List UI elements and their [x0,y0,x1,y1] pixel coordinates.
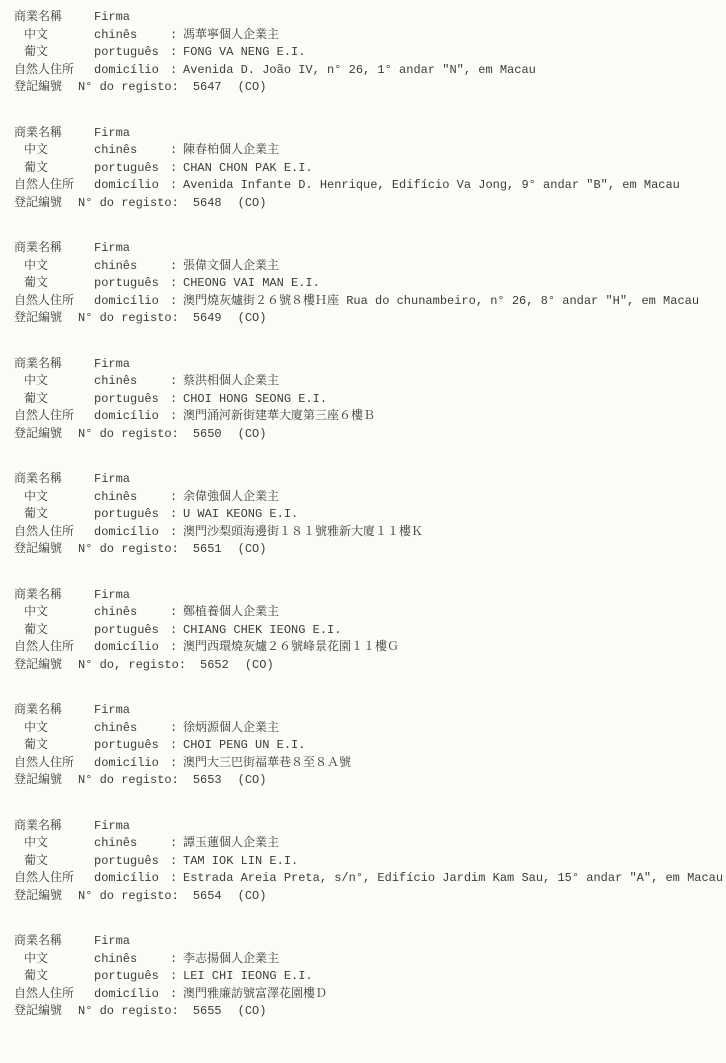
portuguese-label-zh: 葡文 [14,160,94,178]
colon-separator: : [170,62,183,80]
chinese-label-pt: chinês [94,835,170,853]
registry-label-pt: N° do registo: [78,889,179,903]
chinese-name-value: 鄭植養個人企業主 [183,605,279,619]
registry-label-zh: 登記編號 [14,772,78,790]
business-name-row: 商業名稱Firma [14,933,726,951]
chinese-label-pt: chinês [94,951,170,969]
colon-separator: : [170,720,183,738]
portuguese-label-zh: 葡文 [14,622,94,640]
colon-separator: : [170,951,183,969]
domicile-label-zh: 自然人住所 [14,870,94,888]
domicile-label-zh: 自然人住所 [14,177,94,195]
domicile-label-zh: 自然人住所 [14,408,94,426]
registry-label-zh: 登記編號 [14,888,78,906]
registry-label-zh: 登記編號 [14,195,78,213]
registry-entry: 商業名稱Firma 中文chinês:余偉強個人企業主 葡文português:… [14,471,726,559]
domicile-value: Estrada Areia Preta, s/n°, Edifício Jard… [183,871,723,885]
portuguese-label-zh: 葡文 [14,275,94,293]
registry-co-suffix: (CO) [238,196,267,210]
registry-entry: 商業名稱Firma 中文chinês:譚玉蓮個人企業主 葡文português:… [14,818,726,906]
colon-separator: : [170,160,183,178]
chinese-label-pt: chinês [94,489,170,507]
registry-number-row: 登記編號N° do registo:5648(CO) [14,195,726,213]
domicile-row: 自然人住所domicílio:澳門涌河新街建華大廈第三座６樓Ｂ [14,408,726,426]
chinese-name-row: 中文chinês:蔡洪相個人企業主 [14,373,726,391]
colon-separator: : [170,177,183,195]
registry-label-pt: N° do registo: [78,773,179,787]
registry-label-zh: 登記編號 [14,426,78,444]
chinese-name-value: 馮華寧個人企業主 [183,28,279,42]
colon-separator: : [170,639,183,657]
portuguese-label-zh: 葡文 [14,506,94,524]
registry-number-row: 登記編號N° do registo:5653(CO) [14,772,726,790]
registry-co-suffix: (CO) [238,889,267,903]
domicile-label-zh: 自然人住所 [14,639,94,657]
domicile-row: 自然人住所domicílio:澳門西環燒灰爐２６號峰景花園１１樓Ｇ [14,639,726,657]
registry-entry: 商業名稱Firma 中文chinês:李志揚個人企業主 葡文português:… [14,933,726,1021]
domicile-label-zh: 自然人住所 [14,62,94,80]
colon-separator: : [170,27,183,45]
portuguese-label-pt: português [94,968,170,986]
portuguese-label-pt: português [94,275,170,293]
domicile-row: 自然人住所domicílio:Avenida D. João IV, n° 26… [14,62,726,80]
domicile-row: 自然人住所domicílio:澳門沙梨頭海邊街１８１號雅新大廈１１樓Ｋ [14,524,726,542]
domicile-label-zh: 自然人住所 [14,524,94,542]
portuguese-name-value: CHOI HONG SEONG E.I. [183,392,327,406]
registry-number-value: 5647 [193,80,222,94]
domicile-label-pt: domicílio [94,755,170,773]
chinese-name-value: 余偉強個人企業主 [183,490,279,504]
registry-entry: 商業名稱Firma 中文chinês:蔡洪相個人企業主 葡文português:… [14,356,726,444]
registry-number-value: 5652 [200,658,229,672]
domicile-row: 自然人住所domicílio:澳門雅廉訪號富澤花園樓Ｄ [14,986,726,1004]
domicile-value: 澳門燒灰爐街２６號８樓Ｈ座 Rua do chunambeiro, n° 26,… [183,294,699,308]
business-name-label-pt: Firma [94,357,130,371]
chinese-label-pt: chinês [94,142,170,160]
business-name-label-pt: Firma [94,241,130,255]
registry-number-value: 5654 [193,889,222,903]
registry-label-pt: N° do registo: [78,427,179,441]
portuguese-name-row: 葡文português:CHIANG CHEK IEONG E.I. [14,622,726,640]
registry-label-pt: N° do registo: [78,196,179,210]
chinese-label-zh: 中文 [14,489,94,507]
domicile-value: 澳門涌河新街建華大廈第三座６樓Ｂ [183,409,375,423]
chinese-name-row: 中文chinês:鄭植養個人企業主 [14,604,726,622]
portuguese-name-value: CHAN CHON PAK E.I. [183,161,313,175]
chinese-label-zh: 中文 [14,258,94,276]
chinese-label-zh: 中文 [14,604,94,622]
chinese-name-value: 李志揚個人企業主 [183,952,279,966]
business-name-row: 商業名稱Firma [14,356,726,374]
registry-entry: 商業名稱Firma 中文chinês:鄭植養個人企業主 葡文português:… [14,587,726,675]
domicile-label-zh: 自然人住所 [14,986,94,1004]
registry-number-row: 登記編號N° do registo:5654(CO) [14,888,726,906]
registry-number-row: 登記編號N° do registo:5649(CO) [14,310,726,328]
registry-entry: 商業名稱Firma 中文chinês:張偉文個人企業主 葡文português:… [14,240,726,328]
domicile-value: 澳門雅廉訪號富澤花園樓Ｄ [183,987,327,1001]
chinese-name-value: 陳春柏個人企業主 [183,143,279,157]
domicile-label-pt: domicílio [94,524,170,542]
colon-separator: : [170,489,183,507]
business-name-row: 商業名稱Firma [14,9,726,27]
registry-co-suffix: (CO) [238,427,267,441]
chinese-label-zh: 中文 [14,373,94,391]
domicile-value: Avenida Infante D. Henrique, Edifício Va… [183,178,680,192]
registry-number-row: 登記編號N° do registo:5655(CO) [14,1003,726,1021]
chinese-label-zh: 中文 [14,835,94,853]
domicile-label-zh: 自然人住所 [14,293,94,311]
registry-co-suffix: (CO) [238,773,267,787]
portuguese-name-value: FONG VA NENG E.I. [183,45,305,59]
domicile-label-pt: domicílio [94,870,170,888]
colon-separator: : [170,737,183,755]
chinese-name-value: 張偉文個人企業主 [183,259,279,273]
business-name-label-pt: Firma [94,126,130,140]
registry-number-value: 5649 [193,311,222,325]
domicile-label-pt: domicílio [94,62,170,80]
registry-number-value: 5648 [193,196,222,210]
business-name-label-zh: 商業名稱 [14,818,94,836]
portuguese-name-row: 葡文português:CHAN CHON PAK E.I. [14,160,726,178]
portuguese-label-zh: 葡文 [14,737,94,755]
registry-entry: 商業名稱Firma 中文chinês:馮華寧個人企業主 葡文português:… [14,9,726,97]
portuguese-name-row: 葡文português:LEI CHI IEONG E.I. [14,968,726,986]
business-name-row: 商業名稱Firma [14,240,726,258]
business-name-label-pt: Firma [94,472,130,486]
portuguese-name-value: CHIANG CHEK IEONG E.I. [183,623,341,637]
chinese-name-row: 中文chinês:陳春柏個人企業主 [14,142,726,160]
domicile-label-pt: domicílio [94,177,170,195]
domicile-label-pt: domicílio [94,408,170,426]
chinese-label-zh: 中文 [14,720,94,738]
portuguese-label-pt: português [94,737,170,755]
chinese-name-row: 中文chinês:徐炳源個人企業主 [14,720,726,738]
portuguese-name-row: 葡文português:CHOI PENG UN E.I. [14,737,726,755]
registry-co-suffix: (CO) [238,80,267,94]
portuguese-label-pt: português [94,391,170,409]
registry-entries: 商業名稱Firma 中文chinês:馮華寧個人企業主 葡文português:… [14,9,726,1021]
colon-separator: : [170,604,183,622]
registry-number-value: 5653 [193,773,222,787]
portuguese-label-zh: 葡文 [14,968,94,986]
colon-separator: : [170,524,183,542]
business-name-label-pt: Firma [94,934,130,948]
portuguese-label-pt: português [94,506,170,524]
registry-number-row: 登記編號N° do registo:5647(CO) [14,79,726,97]
colon-separator: : [170,373,183,391]
portuguese-label-pt: português [94,853,170,871]
domicile-row: 自然人住所domicílio:Estrada Areia Preta, s/n°… [14,870,726,888]
chinese-label-zh: 中文 [14,142,94,160]
portuguese-name-row: 葡文português:CHEONG VAI MAN E.I. [14,275,726,293]
colon-separator: : [170,835,183,853]
domicile-row: 自然人住所domicílio:Avenida Infante D. Henriq… [14,177,726,195]
portuguese-label-pt: português [94,160,170,178]
colon-separator: : [170,258,183,276]
portuguese-name-row: 葡文português:CHOI HONG SEONG E.I. [14,391,726,409]
registry-label-zh: 登記編號 [14,541,78,559]
chinese-name-row: 中文chinês:張偉文個人企業主 [14,258,726,276]
business-name-row: 商業名稱Firma [14,125,726,143]
registry-label-zh: 登記編號 [14,657,78,675]
colon-separator: : [170,870,183,888]
portuguese-label-zh: 葡文 [14,44,94,62]
registry-entry: 商業名稱Firma 中文chinês:徐炳源個人企業主 葡文português:… [14,702,726,790]
business-name-label-zh: 商業名稱 [14,587,94,605]
domicile-label-pt: domicílio [94,293,170,311]
business-name-label-zh: 商業名稱 [14,933,94,951]
chinese-label-zh: 中文 [14,951,94,969]
business-name-label-zh: 商業名稱 [14,702,94,720]
chinese-label-pt: chinês [94,258,170,276]
portuguese-name-value: CHEONG VAI MAN E.I. [183,276,320,290]
chinese-name-row: 中文chinês:李志揚個人企業主 [14,951,726,969]
registry-number-row: 登記編號N° do registo:5650(CO) [14,426,726,444]
domicile-label-pt: domicílio [94,639,170,657]
business-name-label-pt: Firma [94,10,130,24]
chinese-name-value: 譚玉蓮個人企業主 [183,836,279,850]
registry-page: 商業名稱Firma 中文chinês:馮華寧個人企業主 葡文português:… [0,0,726,1021]
colon-separator: : [170,968,183,986]
portuguese-label-pt: português [94,44,170,62]
portuguese-name-value: TAM IOK LIN E.I. [183,854,298,868]
colon-separator: : [170,853,183,871]
chinese-label-pt: chinês [94,27,170,45]
colon-separator: : [170,986,183,1004]
business-name-label-pt: Firma [94,819,130,833]
business-name-row: 商業名稱Firma [14,818,726,836]
registry-number-row: 登記編號N° do, registo:5652(CO) [14,657,726,675]
domicile-row: 自然人住所domicílio:澳門大三巴街福華巷８至８Ａ號 [14,755,726,773]
registry-number-value: 5650 [193,427,222,441]
colon-separator: : [170,293,183,311]
business-name-label-zh: 商業名稱 [14,125,94,143]
colon-separator: : [170,622,183,640]
business-name-label-zh: 商業名稱 [14,356,94,374]
registry-label-pt: N° do registo: [78,1004,179,1018]
colon-separator: : [170,408,183,426]
chinese-name-row: 中文chinês:譚玉蓮個人企業主 [14,835,726,853]
portuguese-name-value: U WAI KEONG E.I. [183,507,298,521]
chinese-name-value: 徐炳源個人企業主 [183,721,279,735]
business-name-label-pt: Firma [94,588,130,602]
portuguese-name-value: LEI CHI IEONG E.I. [183,969,313,983]
portuguese-label-zh: 葡文 [14,391,94,409]
chinese-label-pt: chinês [94,373,170,391]
business-name-row: 商業名稱Firma [14,702,726,720]
registry-co-suffix: (CO) [238,542,267,556]
registry-label-pt: N° do registo: [78,311,179,325]
registry-co-suffix: (CO) [245,658,274,672]
domicile-label-zh: 自然人住所 [14,755,94,773]
domicile-value: 澳門大三巴街福華巷８至８Ａ號 [183,756,351,770]
colon-separator: : [170,142,183,160]
registry-number-row: 登記編號N° do registo:5651(CO) [14,541,726,559]
domicile-label-pt: domicílio [94,986,170,1004]
portuguese-name-row: 葡文português:TAM IOK LIN E.I. [14,853,726,871]
registry-label-zh: 登記編號 [14,310,78,328]
portuguese-name-row: 葡文português:FONG VA NENG E.I. [14,44,726,62]
portuguese-name-value: CHOI PENG UN E.I. [183,738,305,752]
business-name-label-pt: Firma [94,703,130,717]
colon-separator: : [170,755,183,773]
domicile-value: 澳門西環燒灰爐２６號峰景花園１１樓Ｇ [183,640,399,654]
registry-label-zh: 登記編號 [14,79,78,97]
chinese-label-zh: 中文 [14,27,94,45]
colon-separator: : [170,275,183,293]
portuguese-label-pt: português [94,622,170,640]
chinese-name-value: 蔡洪相個人企業主 [183,374,279,388]
business-name-label-zh: 商業名稱 [14,471,94,489]
colon-separator: : [170,506,183,524]
business-name-label-zh: 商業名稱 [14,240,94,258]
registry-label-pt: N° do registo: [78,542,179,556]
business-name-row: 商業名稱Firma [14,587,726,605]
chinese-name-row: 中文chinês:余偉強個人企業主 [14,489,726,507]
registry-co-suffix: (CO) [238,311,267,325]
domicile-value: Avenida D. João IV, n° 26, 1° andar "N",… [183,63,536,77]
registry-label-zh: 登記編號 [14,1003,78,1021]
business-name-row: 商業名稱Firma [14,471,726,489]
domicile-row: 自然人住所domicílio:澳門燒灰爐街２６號８樓Ｈ座 Rua do chun… [14,293,726,311]
chinese-name-row: 中文chinês:馮華寧個人企業主 [14,27,726,45]
chinese-label-pt: chinês [94,720,170,738]
registry-number-value: 5655 [193,1004,222,1018]
registry-co-suffix: (CO) [238,1004,267,1018]
chinese-label-pt: chinês [94,604,170,622]
portuguese-name-row: 葡文português:U WAI KEONG E.I. [14,506,726,524]
registry-number-value: 5651 [193,542,222,556]
business-name-label-zh: 商業名稱 [14,9,94,27]
registry-label-pt: N° do registo: [78,80,179,94]
colon-separator: : [170,44,183,62]
colon-separator: : [170,391,183,409]
portuguese-label-zh: 葡文 [14,853,94,871]
domicile-value: 澳門沙梨頭海邊街１８１號雅新大廈１１樓Ｋ [183,525,423,539]
registry-entry: 商業名稱Firma 中文chinês:陳春柏個人企業主 葡文português:… [14,125,726,213]
registry-label-pt: N° do, registo: [78,658,186,672]
